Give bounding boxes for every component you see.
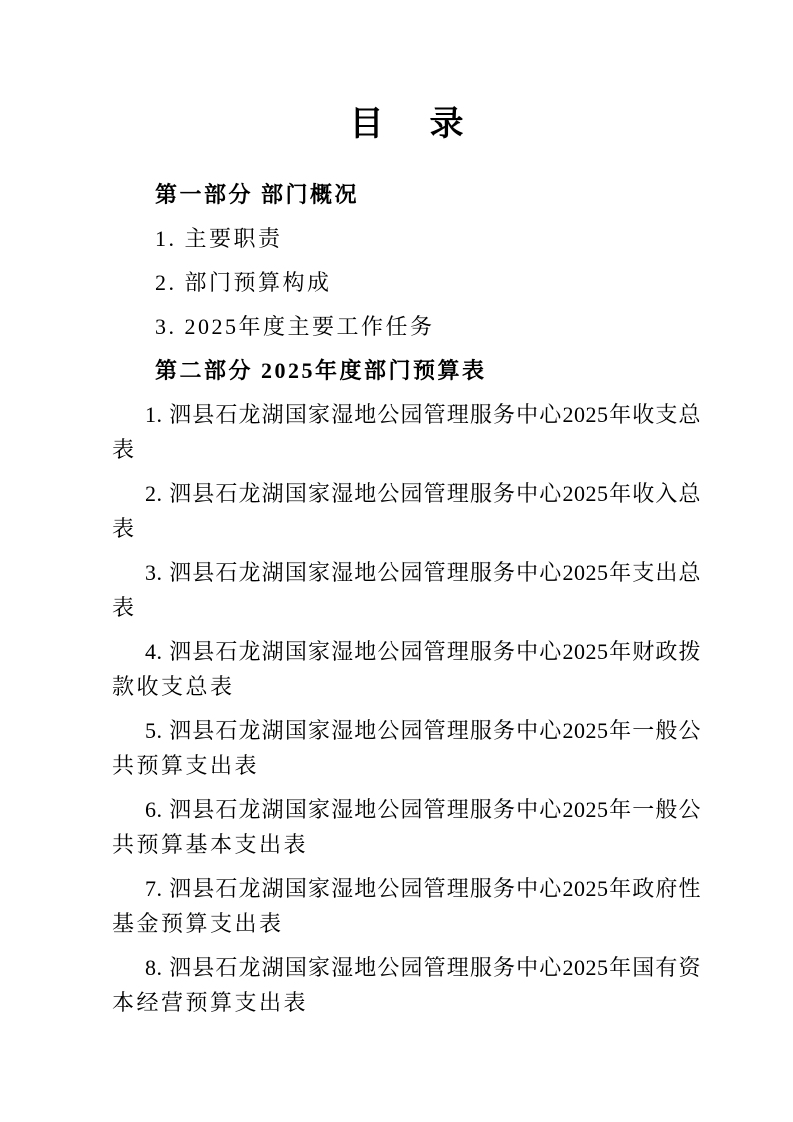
toc-item: 2. 泗县石龙湖国家湿地公园管理服务中心2025年收入总表	[112, 476, 701, 546]
toc-item-line-continued: 表	[112, 511, 701, 546]
toc-item-line: 2. 泗县石龙湖国家湿地公园管理服务中心2025年收入总	[112, 476, 701, 511]
toc-item: 1. 泗县石龙湖国家湿地公园管理服务中心2025年收支总表	[112, 397, 701, 467]
toc-item-line: 3. 2025年度主要工作任务	[112, 309, 701, 344]
toc-item-line: 6. 泗县石龙湖国家湿地公园管理服务中心2025年一般公	[112, 792, 701, 827]
toc-item: 3. 2025年度主要工作任务	[112, 309, 701, 344]
page-title-text-right: 录	[430, 104, 464, 144]
section-heading: 第一部分 部门概况	[112, 177, 701, 212]
toc-item-line-continued: 款收支总表	[112, 669, 701, 704]
toc-item-line: 4. 泗县石龙湖国家湿地公园管理服务中心2025年财政拨	[112, 634, 701, 669]
toc-item-line-continued: 表	[112, 432, 701, 467]
toc-item-line-continued: 表	[112, 590, 701, 625]
toc-item-line: 1. 泗县石龙湖国家湿地公园管理服务中心2025年收支总	[112, 397, 701, 432]
toc-item: 3. 泗县石龙湖国家湿地公园管理服务中心2025年支出总表	[112, 555, 701, 625]
toc-item: 5. 泗县石龙湖国家湿地公园管理服务中心2025年一般公共预算支出表	[112, 713, 701, 783]
page-title-text-left: 目	[350, 104, 384, 144]
toc-item-line-continued: 本经营预算支出表	[112, 985, 701, 1020]
toc-item-line: 3. 泗县石龙湖国家湿地公园管理服务中心2025年支出总	[112, 555, 701, 590]
toc-item-line: 5. 泗县石龙湖国家湿地公园管理服务中心2025年一般公	[112, 713, 701, 748]
toc-item: 4. 泗县石龙湖国家湿地公园管理服务中心2025年财政拨款收支总表	[112, 634, 701, 704]
toc-item-line-continued: 基金预算支出表	[112, 906, 701, 941]
toc-item-line: 8. 泗县石龙湖国家湿地公园管理服务中心2025年国有资	[112, 950, 701, 985]
document-page: 目 录 第一部分 部门概况1. 主要职责2. 部门预算构成3. 2025年度主要…	[0, 0, 793, 1122]
page-title: 目 录	[0, 104, 793, 144]
toc-item: 7. 泗县石龙湖国家湿地公园管理服务中心2025年政府性基金预算支出表	[112, 871, 701, 941]
section-heading: 第二部分 2025年度部门预算表	[112, 353, 701, 388]
toc-item-line: 1. 主要职责	[112, 221, 701, 256]
toc-item-line-continued: 共预算基本支出表	[112, 827, 701, 862]
toc-item: 8. 泗县石龙湖国家湿地公园管理服务中心2025年国有资本经营预算支出表	[112, 950, 701, 1020]
toc-item-line: 2. 部门预算构成	[112, 265, 701, 300]
toc-item: 2. 部门预算构成	[112, 265, 701, 300]
toc-item: 1. 主要职责	[112, 221, 701, 256]
toc-item-line: 7. 泗县石龙湖国家湿地公园管理服务中心2025年政府性	[112, 871, 701, 906]
toc-item: 6. 泗县石龙湖国家湿地公园管理服务中心2025年一般公共预算基本支出表	[112, 792, 701, 862]
toc-item-line-continued: 共预算支出表	[112, 748, 701, 783]
table-of-contents: 第一部分 部门概况1. 主要职责2. 部门预算构成3. 2025年度主要工作任务…	[0, 177, 793, 1020]
